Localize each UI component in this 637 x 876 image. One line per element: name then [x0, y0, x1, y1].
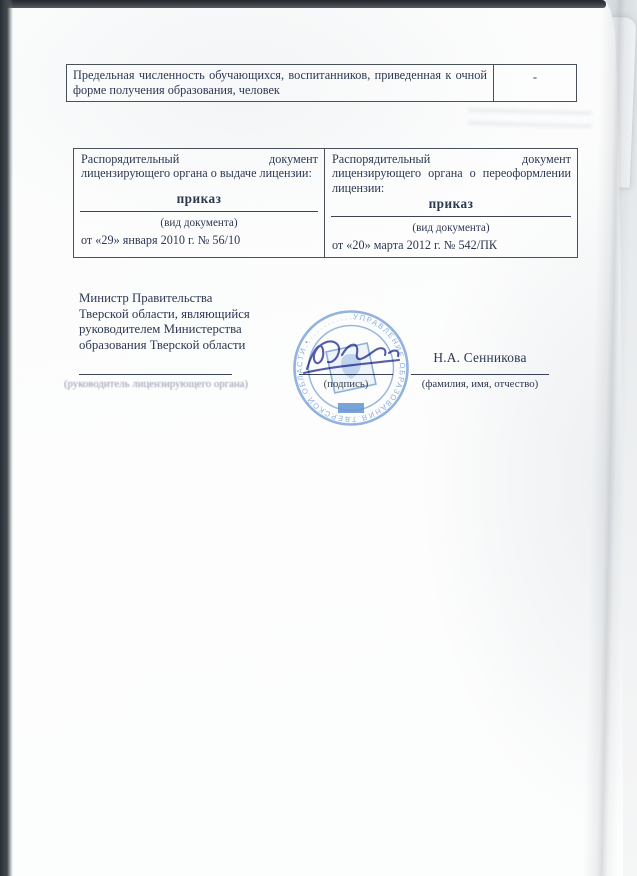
orders-table: Распорядительный документ лицензирующего…	[73, 148, 578, 258]
official-title-line: образования Тверской области	[79, 338, 289, 354]
official-title-line: Тверской области, являющийся	[79, 307, 289, 323]
signatory-name: Н.А. Сенникова	[407, 350, 553, 366]
signatory-name-caption: (фамилия, имя, отчество)	[401, 378, 559, 391]
capacity-value: -	[494, 65, 576, 101]
document-page	[0, 0, 637, 876]
official-title-line: Министр Правительства	[79, 291, 289, 307]
order-issue-details: от «29» января 2010 г. № 56/10	[81, 233, 320, 248]
order-reissue-doc-type: приказ	[331, 196, 571, 217]
print-through-smudge	[468, 103, 592, 129]
order-issue-header: Распорядительный документ лицензирующего…	[81, 152, 318, 181]
official-title-line: руководителем Министерства	[79, 322, 289, 338]
capacity-table: Предельная численность обучающихся, восп…	[66, 64, 577, 102]
order-issue-doc-type-caption: (вид документа)	[80, 217, 318, 229]
order-issue-doc-type: приказ	[80, 191, 318, 212]
scanner-edge-left	[0, 0, 13, 876]
order-reissue-cell: Распорядительный документ лицензирующего…	[324, 149, 577, 257]
order-issue-cell: Распорядительный документ лицензирующего…	[74, 149, 324, 257]
order-reissue-doc-type-caption: (вид документа)	[331, 222, 571, 234]
official-signature-line	[79, 374, 232, 375]
order-reissue-header: Распорядительный документ лицензирующего…	[332, 152, 571, 195]
capacity-label: Предельная численность обучающихся, восп…	[67, 65, 494, 101]
scanned-document: Предельная численность обучающихся, восп…	[0, 0, 637, 876]
scanner-edge-top	[0, 0, 606, 8]
official-title-caption: (руководитель лицензирующего органа)	[60, 378, 252, 391]
seal-number-box	[338, 403, 364, 413]
handwritten-signature	[297, 329, 409, 381]
official-title: Министр Правительства Тверской области, …	[79, 291, 289, 353]
name-line	[411, 374, 549, 375]
order-reissue-details: от «20» марта 2012 г. № 542/ПК	[332, 238, 573, 253]
